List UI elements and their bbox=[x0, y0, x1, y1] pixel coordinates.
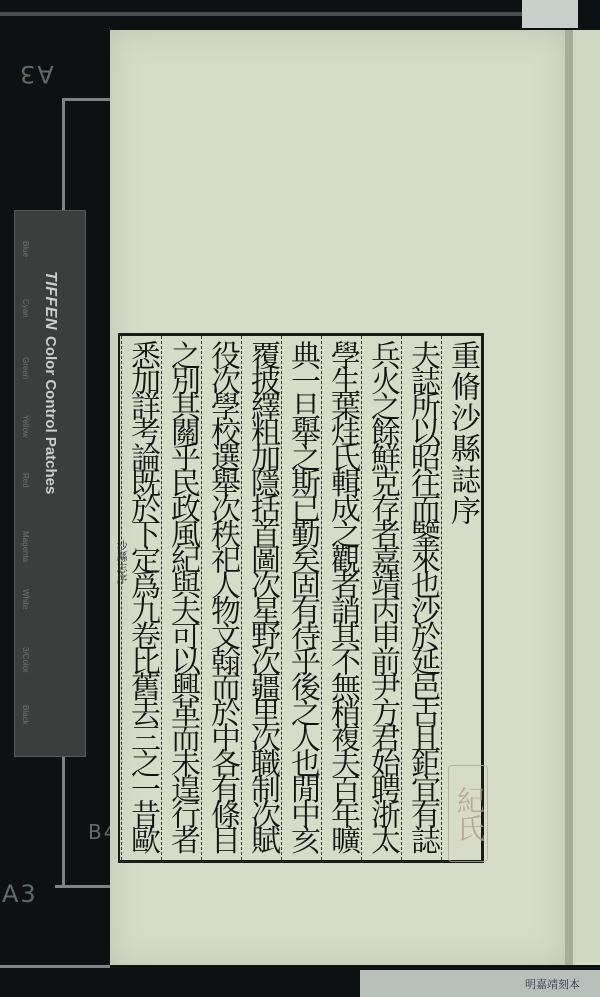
printed-text-frame: 重脩沙縣誌序 夫誌所以昭往而鑒來也沙於延邑古且鉅宜有誌 兵火之餘鮮克存者嘉靖丙申… bbox=[118, 333, 484, 863]
text-column: 悉加詳考論既於下定爲九卷比舊去三之一昔歐 bbox=[121, 336, 161, 860]
patch-label: 3/Color bbox=[21, 647, 30, 705]
guide-frame-base bbox=[0, 965, 110, 968]
grid-label-top: A3 bbox=[18, 60, 54, 88]
text-column: 學生葉烓氏輯成之觀者誚其不無稍複夫百年曠 bbox=[321, 336, 361, 860]
grid-label-bottom: A3 bbox=[2, 880, 38, 908]
patch-label: Yellow bbox=[21, 415, 30, 473]
catalog-slip-text: 明嘉靖刻本 bbox=[525, 976, 580, 992]
text-column: 兵火之餘鮮克存者嘉靖丙申前尹方君始聘浙太 bbox=[361, 336, 401, 860]
guide-frame-top bbox=[62, 98, 110, 101]
patch-label: Cyan bbox=[21, 299, 30, 357]
text-column: 役次學校選舉次秩祀人物文翰而於中各有條目 bbox=[201, 336, 241, 860]
text-column: 典一旦舉之斯已勤矣固有待乎後之人也閒中亥 bbox=[281, 336, 321, 860]
color-control-card: Blue Cyan Green Yellow Red Magenta White… bbox=[14, 210, 86, 757]
patch-label: Red bbox=[21, 473, 30, 531]
collector-seal: 紀氏 bbox=[448, 765, 488, 862]
guide-frame-bottom bbox=[55, 885, 110, 888]
scanner-top-edge bbox=[0, 12, 522, 16]
tiffen-logo: TIFFEN bbox=[42, 271, 59, 330]
patch-label: Magenta bbox=[21, 531, 30, 589]
banxin-label: 沙縣志序 bbox=[113, 540, 129, 584]
text-columns: 重脩沙縣誌序 夫誌所以昭往而鑒來也沙於延邑古且鉅宜有誌 兵火之餘鮮克存者嘉靖丙申… bbox=[121, 336, 481, 860]
patch-label: Blue bbox=[21, 241, 30, 299]
text-column: 夫誌所以昭往而鑒來也沙於延邑古且鉅宜有誌 bbox=[401, 336, 441, 860]
color-patch-labels: Blue Cyan Green Yellow Red Magenta White… bbox=[21, 241, 35, 763]
text-column: 覆披繹粗加隱括首圖次星野次疆里次職制次賦 bbox=[241, 336, 281, 860]
patch-label: Black bbox=[21, 705, 30, 763]
color-card-label: TIFFENColor Control Patches bbox=[41, 271, 59, 494]
scanner-white-tab bbox=[522, 0, 578, 28]
color-card-title: Color Control Patches bbox=[42, 336, 59, 494]
patch-label: Green bbox=[21, 357, 30, 415]
catalog-slip: 明嘉靖刻本 bbox=[360, 970, 600, 997]
next-page-edge bbox=[565, 30, 600, 965]
patch-label: White bbox=[21, 589, 30, 647]
text-column: 之別其關乎民政風紀與夫可以興革而未遑行者 bbox=[161, 336, 201, 860]
